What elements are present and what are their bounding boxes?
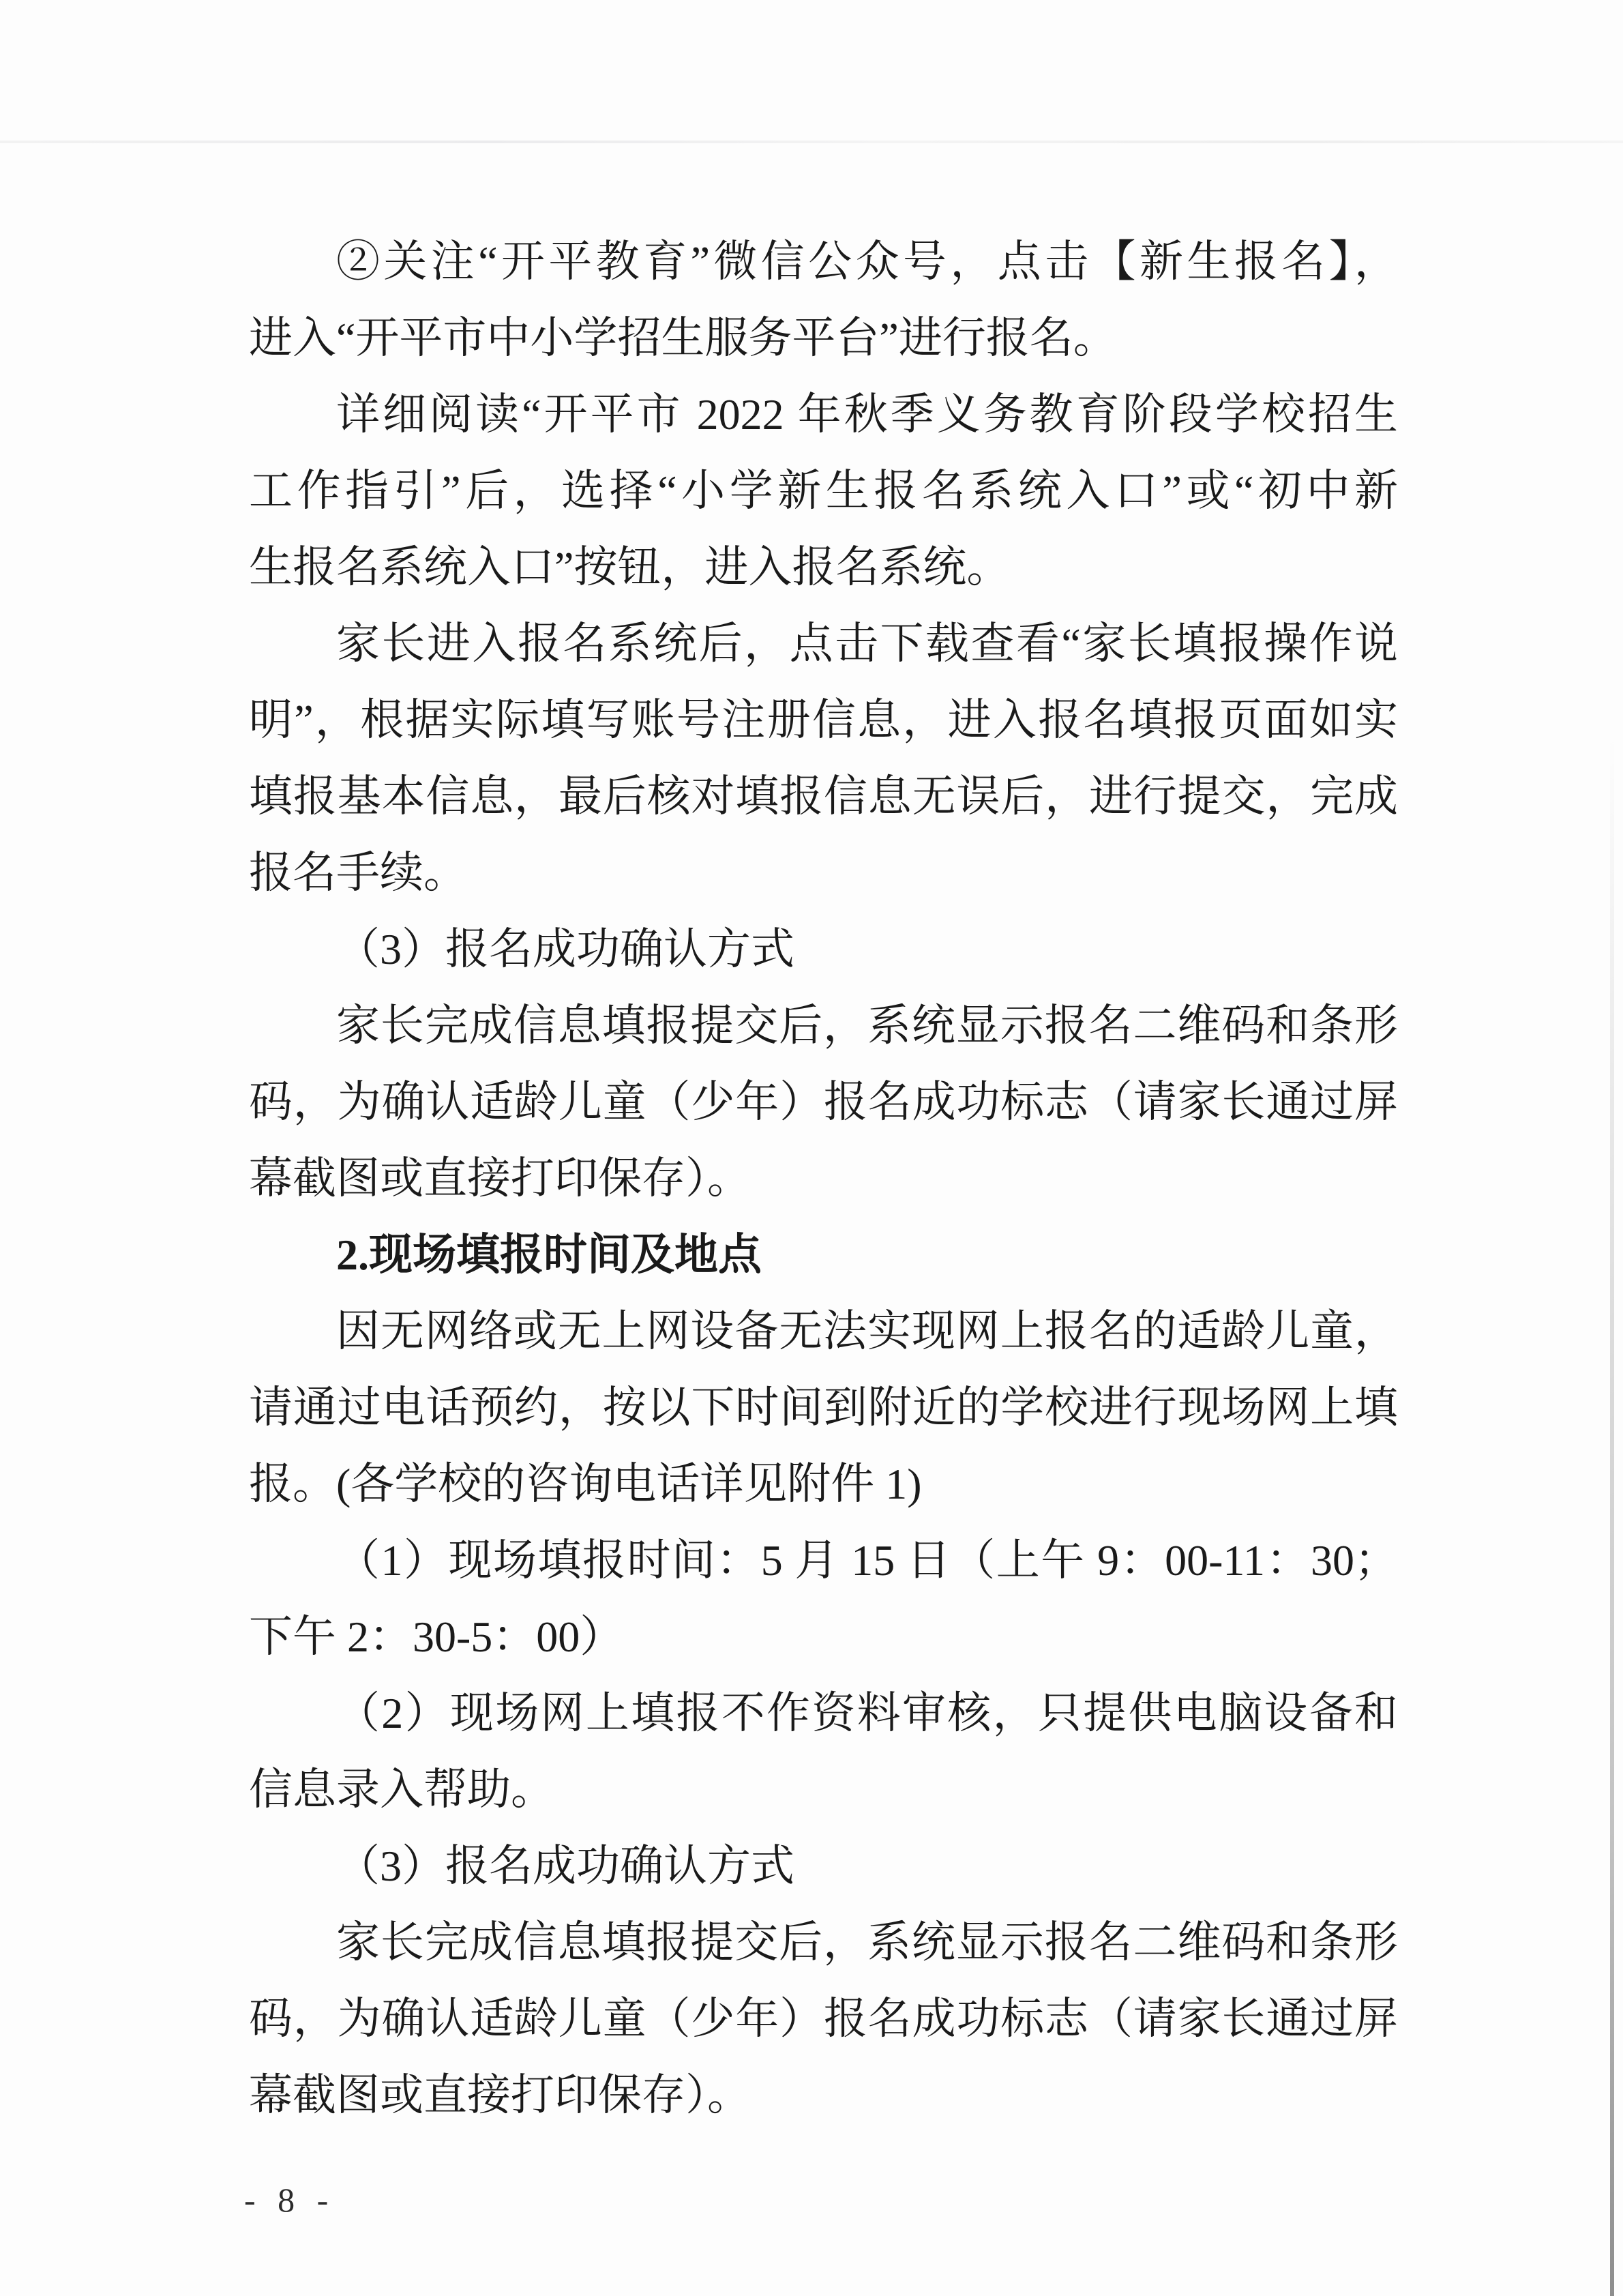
text-line: （3）报名成功确认方式	[249, 911, 1398, 988]
text-line: 下午 2：30-5：00）	[249, 1599, 1398, 1675]
text-line: 家长完成信息填报提交后，系统显示报名二维码和条形	[249, 988, 1398, 1064]
text-line: 幕截图或直接打印保存）。	[249, 1140, 1398, 1217]
document-page: ②关注“开平教育”微信公众号，点击【新生报名】，进入“开平市中小学招生服务平台”…	[0, 0, 1623, 2296]
text-line: 家长完成信息填报提交后，系统显示报名二维码和条形	[249, 1904, 1398, 1981]
page-number: - 8 -	[244, 2180, 335, 2220]
text-line: 生报名系统入口”按钮，进入报名系统。	[249, 529, 1398, 606]
text-line: 因无网络或无上网设备无法实现网上报名的适龄儿童，	[249, 1293, 1398, 1370]
text-line: 报。(各学校的咨询电话详见附件 1)	[249, 1446, 1398, 1522]
text-line: 幕截图或直接打印保存）。	[249, 2057, 1398, 2134]
text-line: 明”，根据实际填写账号注册信息，进入报名填报页面如实	[249, 682, 1398, 759]
text-line: 填报基本信息，最后核对填报信息无误后，进行提交，完成	[249, 759, 1398, 835]
text-line: 家长进入报名系统后，点击下载查看“家长填报操作说	[249, 606, 1398, 682]
text-line: ②关注“开平教育”微信公众号，点击【新生报名】，	[249, 224, 1398, 300]
text-line: （3）报名成功确认方式	[249, 1828, 1398, 1904]
text-line: 报名手续。	[249, 835, 1398, 911]
text-line: （2）现场网上填报不作资料审核，只提供电脑设备和	[249, 1675, 1398, 1752]
text-line: 进入“开平市中小学招生服务平台”进行报名。	[249, 300, 1398, 377]
document-body: ②关注“开平教育”微信公众号，点击【新生报名】，进入“开平市中小学招生服务平台”…	[249, 224, 1398, 2134]
text-line: 码，为确认适龄儿童（少年）报名成功标志（请家长通过屏	[249, 1064, 1398, 1140]
text-line: 请通过电话预约，按以下时间到附近的学校进行现场网上填	[249, 1370, 1398, 1446]
text-line: 码，为确认适龄儿童（少年）报名成功标志（请家长通过屏	[249, 1981, 1398, 2057]
section-heading-line: 2.现场填报时间及地点	[249, 1217, 1398, 1293]
text-line: 工作指引”后，选择“小学新生报名系统入口”或“初中新	[249, 453, 1398, 529]
scan-artifact-vertical	[1610, 737, 1614, 2296]
scan-artifact-horizontal	[0, 141, 1623, 143]
text-line: 详细阅读“开平市 2022 年秋季义务教育阶段学校招生	[249, 377, 1398, 453]
text-line: 信息录入帮助。	[249, 1752, 1398, 1828]
text-line: （1）现场填报时间：5 月 15 日（上午 9：00-11：30；	[249, 1522, 1398, 1599]
